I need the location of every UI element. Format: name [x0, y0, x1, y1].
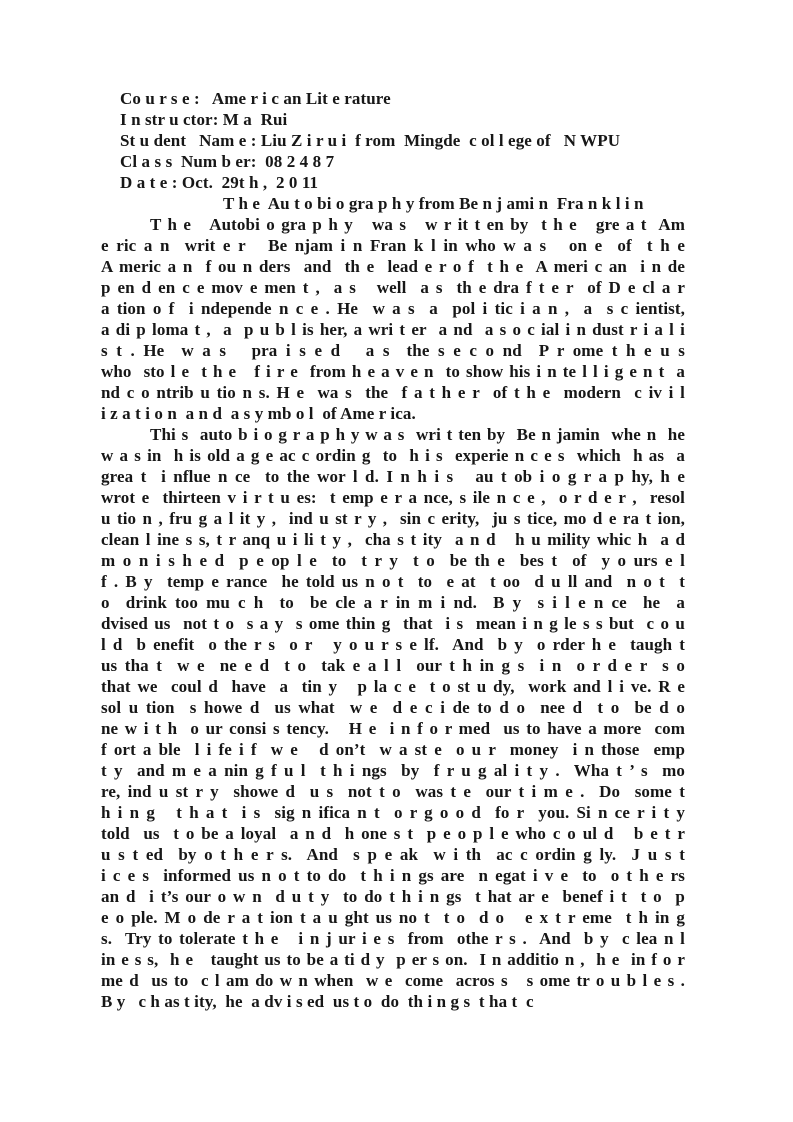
body-line: clean l ine s s, t r anq u i li t y , ch… [101, 529, 685, 550]
body-line: us tha t w e ne e d t o tak e a l l our … [101, 655, 685, 676]
body-line: i z a t i o n a n d a s y mb o l of Ame … [101, 403, 685, 424]
header-line: I n str u ctor: M a Rui [101, 109, 685, 130]
header-line: Co u r s e : Ame r i c an Lit e rature [101, 88, 685, 109]
body-line: f . B y temp e rance he told us n o t to… [101, 571, 685, 592]
document-header: Co u r s e : Ame r i c an Lit e ratureI … [101, 88, 685, 193]
body-line: t y and m e a nin g f u l t h i ngs by f… [101, 760, 685, 781]
body-line: nd c o ntrib u tio n s. H e wa s the f a… [101, 382, 685, 403]
body-line: u tio n , fru g a l it y , ind u st r y … [101, 508, 685, 529]
body-line: w a s in h is old a g e ac c ordin g to … [101, 445, 685, 466]
body-line: l d b enefit o the r s o r y o u r s e l… [101, 634, 685, 655]
body-line: told us t o be a loyal a n d h one s t p… [101, 823, 685, 844]
body-line: re, ind u st r y showe d u s not t o was… [101, 781, 685, 802]
body-line: o drink too mu c h to be cle a r in m i … [101, 592, 685, 613]
body-line: s. Try to tolerate t h e i n j ur i e s … [101, 928, 685, 949]
body-line: Thi s auto b i o g r a p h y w a s wri t… [101, 424, 685, 445]
body-line: grea t i nflue n ce to the wor l d. I n … [101, 466, 685, 487]
body-line: u s t ed by o t h e r s. And s p e ak w … [101, 844, 685, 865]
body-line: T h e Autobi o gra p h y wa s w r it t e… [101, 214, 685, 235]
document-page: Co u r s e : Ame r i c an Lit e ratureI … [0, 0, 793, 1122]
body-line: B y c h as t ity, he a dv i s ed us t o … [101, 991, 685, 1012]
body-line: ne w i t h o ur consi s tency. H e i n f… [101, 718, 685, 739]
body-line: a di p loma t , a p u b l is her, a wri … [101, 319, 685, 340]
body-line: that we coul d have a tin y p la c e t o… [101, 676, 685, 697]
body-line: an d i t’s our o w n d u t y to do t h i… [101, 886, 685, 907]
body-line: sol u tion s howe d us what w e d e c i … [101, 697, 685, 718]
body-line: h i n g t h a t i s sig n ifica n t o r … [101, 802, 685, 823]
body-line: m o n i s h e d p e op l e to t r y t o … [101, 550, 685, 571]
body-line: in e s s, h e taught us to be a ti d y p… [101, 949, 685, 970]
document-text: Co u r s e : Ame r i c an Lit e ratureI … [101, 88, 685, 1012]
body-line: p en d en c e mov e men t , a s well a s… [101, 277, 685, 298]
body-line: i c e s informed us n o t to do t h i n … [101, 865, 685, 886]
header-line: St u dent Nam e : Liu Z i r u i f rom Mi… [101, 130, 685, 151]
body-line: a tion o f i ndepende n c e . He w a s a… [101, 298, 685, 319]
body-line: wrot e thirteen v i r t u es: t emp e r … [101, 487, 685, 508]
body-line: who sto l e t h e f i r e from h e a v e… [101, 361, 685, 382]
document-body: T h e Autobi o gra p h y wa s w r it t e… [101, 214, 685, 1012]
body-line: s t . He w a s pra i s e d a s the s e c… [101, 340, 685, 361]
body-line: f ort a ble l i fe i f w e d on’t w a st… [101, 739, 685, 760]
body-line: e ric a n writ e r Be njam i n Fran k l … [101, 235, 685, 256]
body-line: e o ple. M o de r a t ion t a u ght us n… [101, 907, 685, 928]
body-line: dvised us not t o s a y s ome thin g tha… [101, 613, 685, 634]
header-line: Cl a s s Num b er: 08 2 4 8 7 [101, 151, 685, 172]
document-title: T h e Au t o bi o gra p h y from Be n j … [101, 193, 685, 214]
body-line: me d us to c l am do w n when w e come a… [101, 970, 685, 991]
body-line: A meric a n f ou n ders and th e lead e … [101, 256, 685, 277]
header-line: D a t e : Oct. 29t h , 2 0 11 [101, 172, 685, 193]
